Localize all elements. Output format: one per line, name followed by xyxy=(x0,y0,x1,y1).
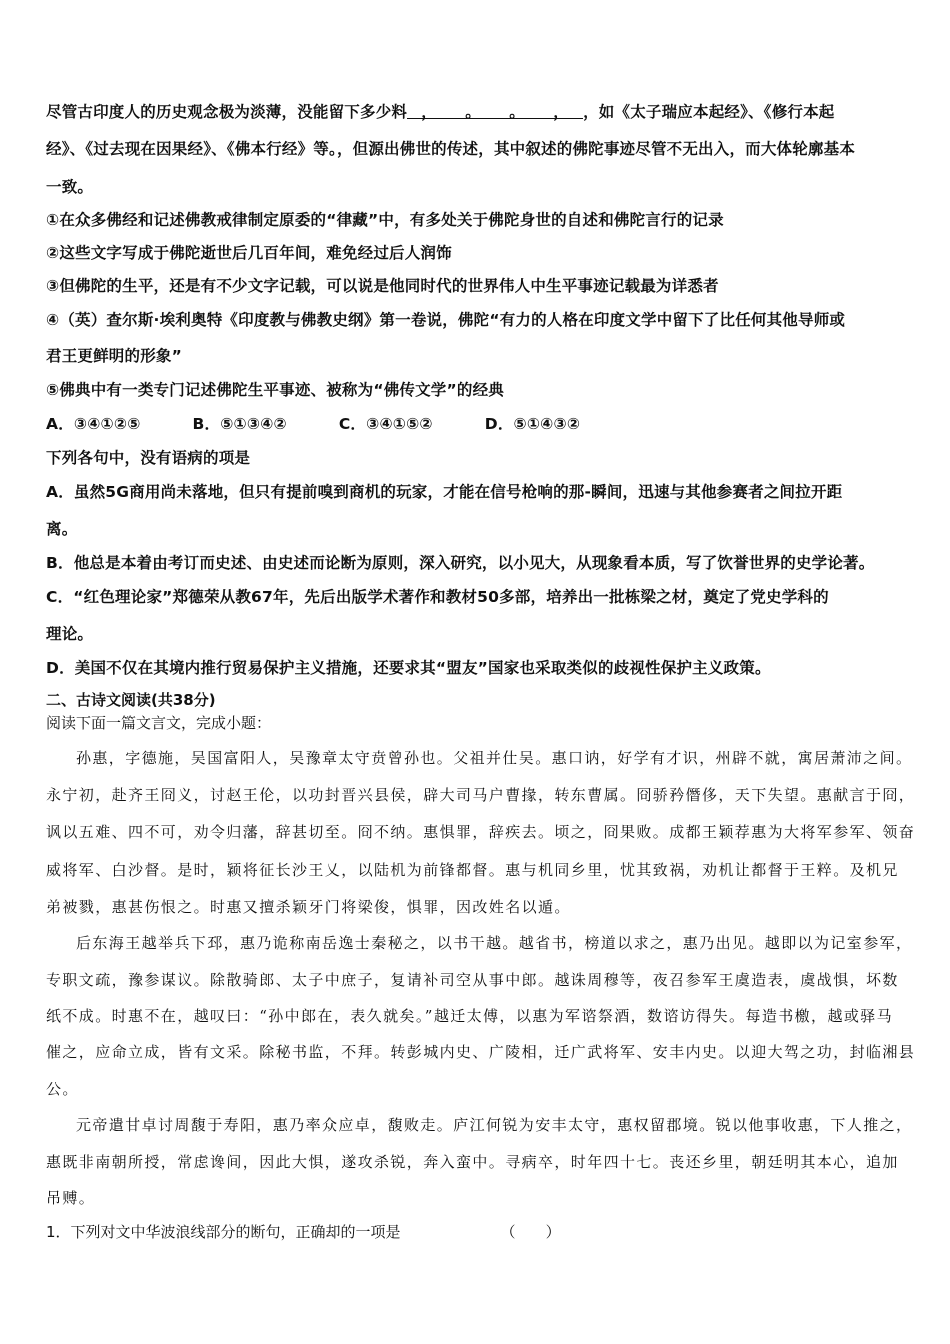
passage-line-3: 讽以五难、四不可，劝令归藩，辞甚切至。冏不纳。惠惧罪，辞疾去。顷之，冏果败。成都… xyxy=(46,822,930,842)
question-1-text: 1．下列对文中华波浪线部分的断句，正确却的一项是 xyxy=(46,1223,401,1241)
ordering-stem-line-3: 一致。 xyxy=(46,177,920,197)
ordering-stem-line-1: 尽管古印度人的历史观念极为淡薄，没能留下多少料，。。，，如《太子瑞应本起经》、《… xyxy=(46,102,920,122)
ordering-item-5: ⑤佛典中有一类专门记述佛陀生平事迹、被称为“佛传文学”的经典 xyxy=(46,380,920,400)
grammar-option-d: D．美国不仅在其境内推行贸易保护主义措施，还要求其“盟友”国家也采取类似的歧视性… xyxy=(46,658,920,678)
passage-line-11: 元帝遣甘卓讨周馥于寿阳，惠乃率众应卓，馥败走。庐江何锐为安丰太守，惠权留郡境。锐… xyxy=(46,1115,930,1135)
ordering-item-2: ②这些文字写成于佛陀逝世后几百年间，难免经过后人润饰 xyxy=(46,243,920,263)
ordering-stem-before-blank: 尽管古印度人的历史观念极为淡薄，没能留下多少料 xyxy=(46,103,407,121)
passage-line-13: 吊赙。 xyxy=(46,1188,930,1208)
passage-line-12: 惠既非南朝所授，常虑谗间，因此大惧，遂攻杀锐，奔入蛮中。寻病卒，时年四十七。丧还… xyxy=(46,1152,930,1172)
grammar-option-a: A．虽然5G商用尚未落地，但只有提前嗅到商机的玩家，才能在信号枪响的那-瞬间，迅… xyxy=(46,482,920,502)
ordering-stem-line-2: 经》、《过去现在因果经》、《佛本行经》等。，但源出佛世的传述，其中叙述的佛陀事迹… xyxy=(46,139,920,159)
passage-line-6: 后东海王越举兵下邳，惠乃诡称南岳逸士秦秘之，以书干越。越省书，榜道以求之，惠乃出… xyxy=(46,933,930,953)
passage-line-1: 孙惠，字德施，吴国富阳人，吴豫章太守贲曾孙也。父祖并仕吴。惠口讷，好学有才识，州… xyxy=(46,748,930,768)
document-page: 尽管古印度人的历史观念极为淡薄，没能留下多少料，。。，，如《太子瑞应本起经》、《… xyxy=(0,0,950,1344)
answer-blank: ，。。， xyxy=(407,102,583,119)
option-a[interactable]: A．③④①②⑤ xyxy=(46,414,141,434)
option-c[interactable]: C．③④①⑤② xyxy=(339,414,433,434)
passage-line-5: 弟被戮，惠甚伤恨之。时惠又擅杀颖牙门将梁俊，惧罪，因改姓名以遁。 xyxy=(46,897,930,917)
grammar-option-c-cont: 理论。 xyxy=(46,624,920,644)
passage-line-7: 专职文疏，豫参谋议。除散骑郎、太子中庶子，复请补司空从事中郎。越诛周穆等，夜召参… xyxy=(46,970,930,990)
option-d[interactable]: D．⑤①④③② xyxy=(485,414,580,434)
reading-instruction: 阅读下面一篇文言文，完成小题： xyxy=(46,713,271,733)
ordering-item-1: ①在众多佛经和记述佛教戒律制定原委的“律藏”中，有多处关于佛陀身世的自述和佛陀言… xyxy=(46,210,920,230)
passage-line-2: 永宁初，赴齐王冏义，讨赵王伦，以功封晋兴县侯，辟大司马户曹掾，转东曹属。冏骄矜僭… xyxy=(46,785,930,805)
ordering-options: A．③④①②⑤B．⑤①③④②C．③④①⑤②D．⑤①④③② xyxy=(46,414,920,434)
passage-line-9: 催之，应命立成，皆有文采。除秘书监，不拜。转彭城内史、广陵相，迁广武将军、安丰内… xyxy=(46,1042,930,1062)
ordering-stem-after-blank: ，如《太子瑞应本起经》、《修行本起 xyxy=(583,103,834,121)
answer-parentheses: （） xyxy=(501,1222,561,1242)
grammar-option-c: C．“红色理论家”郑德荣从教67年，先后出版学术著作和教材50多部，培养出一批栋… xyxy=(46,587,920,607)
grammar-option-b: B．他总是本着由考订而史述、由史述而论断为原则，深入研究，以小见大，从现象看本质… xyxy=(46,553,920,573)
section-heading: 二、古诗文阅读(共38分) xyxy=(46,690,216,710)
passage-line-4: 威将军、白沙督。是时，颖将征长沙王乂，以陆机为前锋都督。惠与机同乡里，忧其致祸，… xyxy=(46,860,930,880)
ordering-item-4: ④（英）查尔斯·埃利奥特《印度教与佛教史纲》第一卷说，佛陀“有力的人格在印度文学… xyxy=(46,310,920,330)
ordering-item-4-cont: 君王更鲜明的形象” xyxy=(46,346,920,366)
passage-line-10: 公。 xyxy=(46,1079,930,1099)
ordering-item-3: ③但佛陀的生平，还是有不少文字记载，可以说是他同时代的世界伟人中生平事迹记载最为… xyxy=(46,276,920,296)
passage-line-8: 纸不成。时惠不在，越叹曰：“孙中郎在，表久就矣。”越迁太傅，以惠为军谘祭酒，数谘… xyxy=(46,1006,930,1026)
option-b[interactable]: B．⑤①③④② xyxy=(193,414,287,434)
grammar-stem: 下列各句中，没有语病的项是 xyxy=(46,448,920,468)
grammar-option-a-cont: 离。 xyxy=(46,519,920,539)
question-1-stem: 1．下列对文中华波浪线部分的断句，正确却的一项是（） xyxy=(46,1222,561,1242)
